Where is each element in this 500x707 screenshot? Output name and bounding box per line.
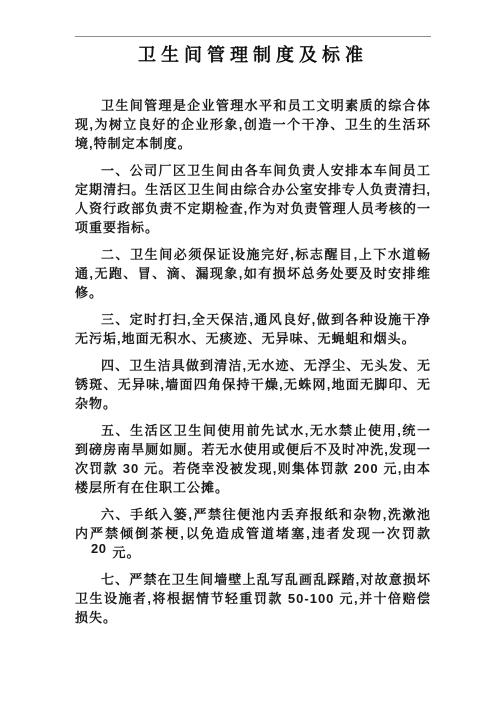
header-rule xyxy=(75,36,431,37)
intro-paragraph: 卫生间管理是企业管理水平和员工文明素质的综合体现,为树立良好的企业形象,创造一个… xyxy=(75,96,431,153)
rule-item-6: 六、手纸入篓,严禁往便池内丢弃报纸和杂物,洗漱池内严禁倾倒茶梗,以免造成管道堵塞… xyxy=(75,505,431,562)
rule-item-5: 五、生活区卫生间使用前先试水,无水禁止使用,统一到磅房南旱厕如厕。若无水使用或便… xyxy=(75,421,431,497)
document-page: 卫生间管理制度及标准 卫生间管理是企业管理水平和员工文明素质的综合体现,为树立良… xyxy=(0,0,500,707)
rule-item-1: 一、公司厂区卫生间由各车间负责人安排本车间员工定期清扫。生活区卫生间由综合办公室… xyxy=(75,161,431,237)
rule-item-2: 二、卫生间必须保证设施完好,标志醒目,上下水道畅通,无跑、冒、滴、漏现象,如有损… xyxy=(75,245,431,302)
fine-amount-raised: 20 xyxy=(75,541,112,556)
rule-item-4: 四、卫生洁具做到清洁,无水迹、无浮尘、无头发、无锈斑、无异味,墙面四角保持干燥,… xyxy=(75,356,431,413)
rule-item-3: 三、定时打扫,全天保洁,通风良好,做到各种设施干净无污垢,地面无积水、无痰迹、无… xyxy=(75,310,431,348)
rule-item-6-suffix: 元。 xyxy=(112,545,140,560)
rule-item-6-text: 六、手纸入篓,严禁往便池内丢弃报纸和杂物,洗漱池内严禁倾倒茶梗,以免造成管道堵塞… xyxy=(75,507,431,541)
document-title: 卫生间管理制度及标准 xyxy=(75,44,431,66)
rule-item-7: 七、严禁在卫生间墙壁上乱写乱画乱踩踏,对故意损坏卫生设施者,将根据情节轻重罚款 … xyxy=(75,570,431,627)
